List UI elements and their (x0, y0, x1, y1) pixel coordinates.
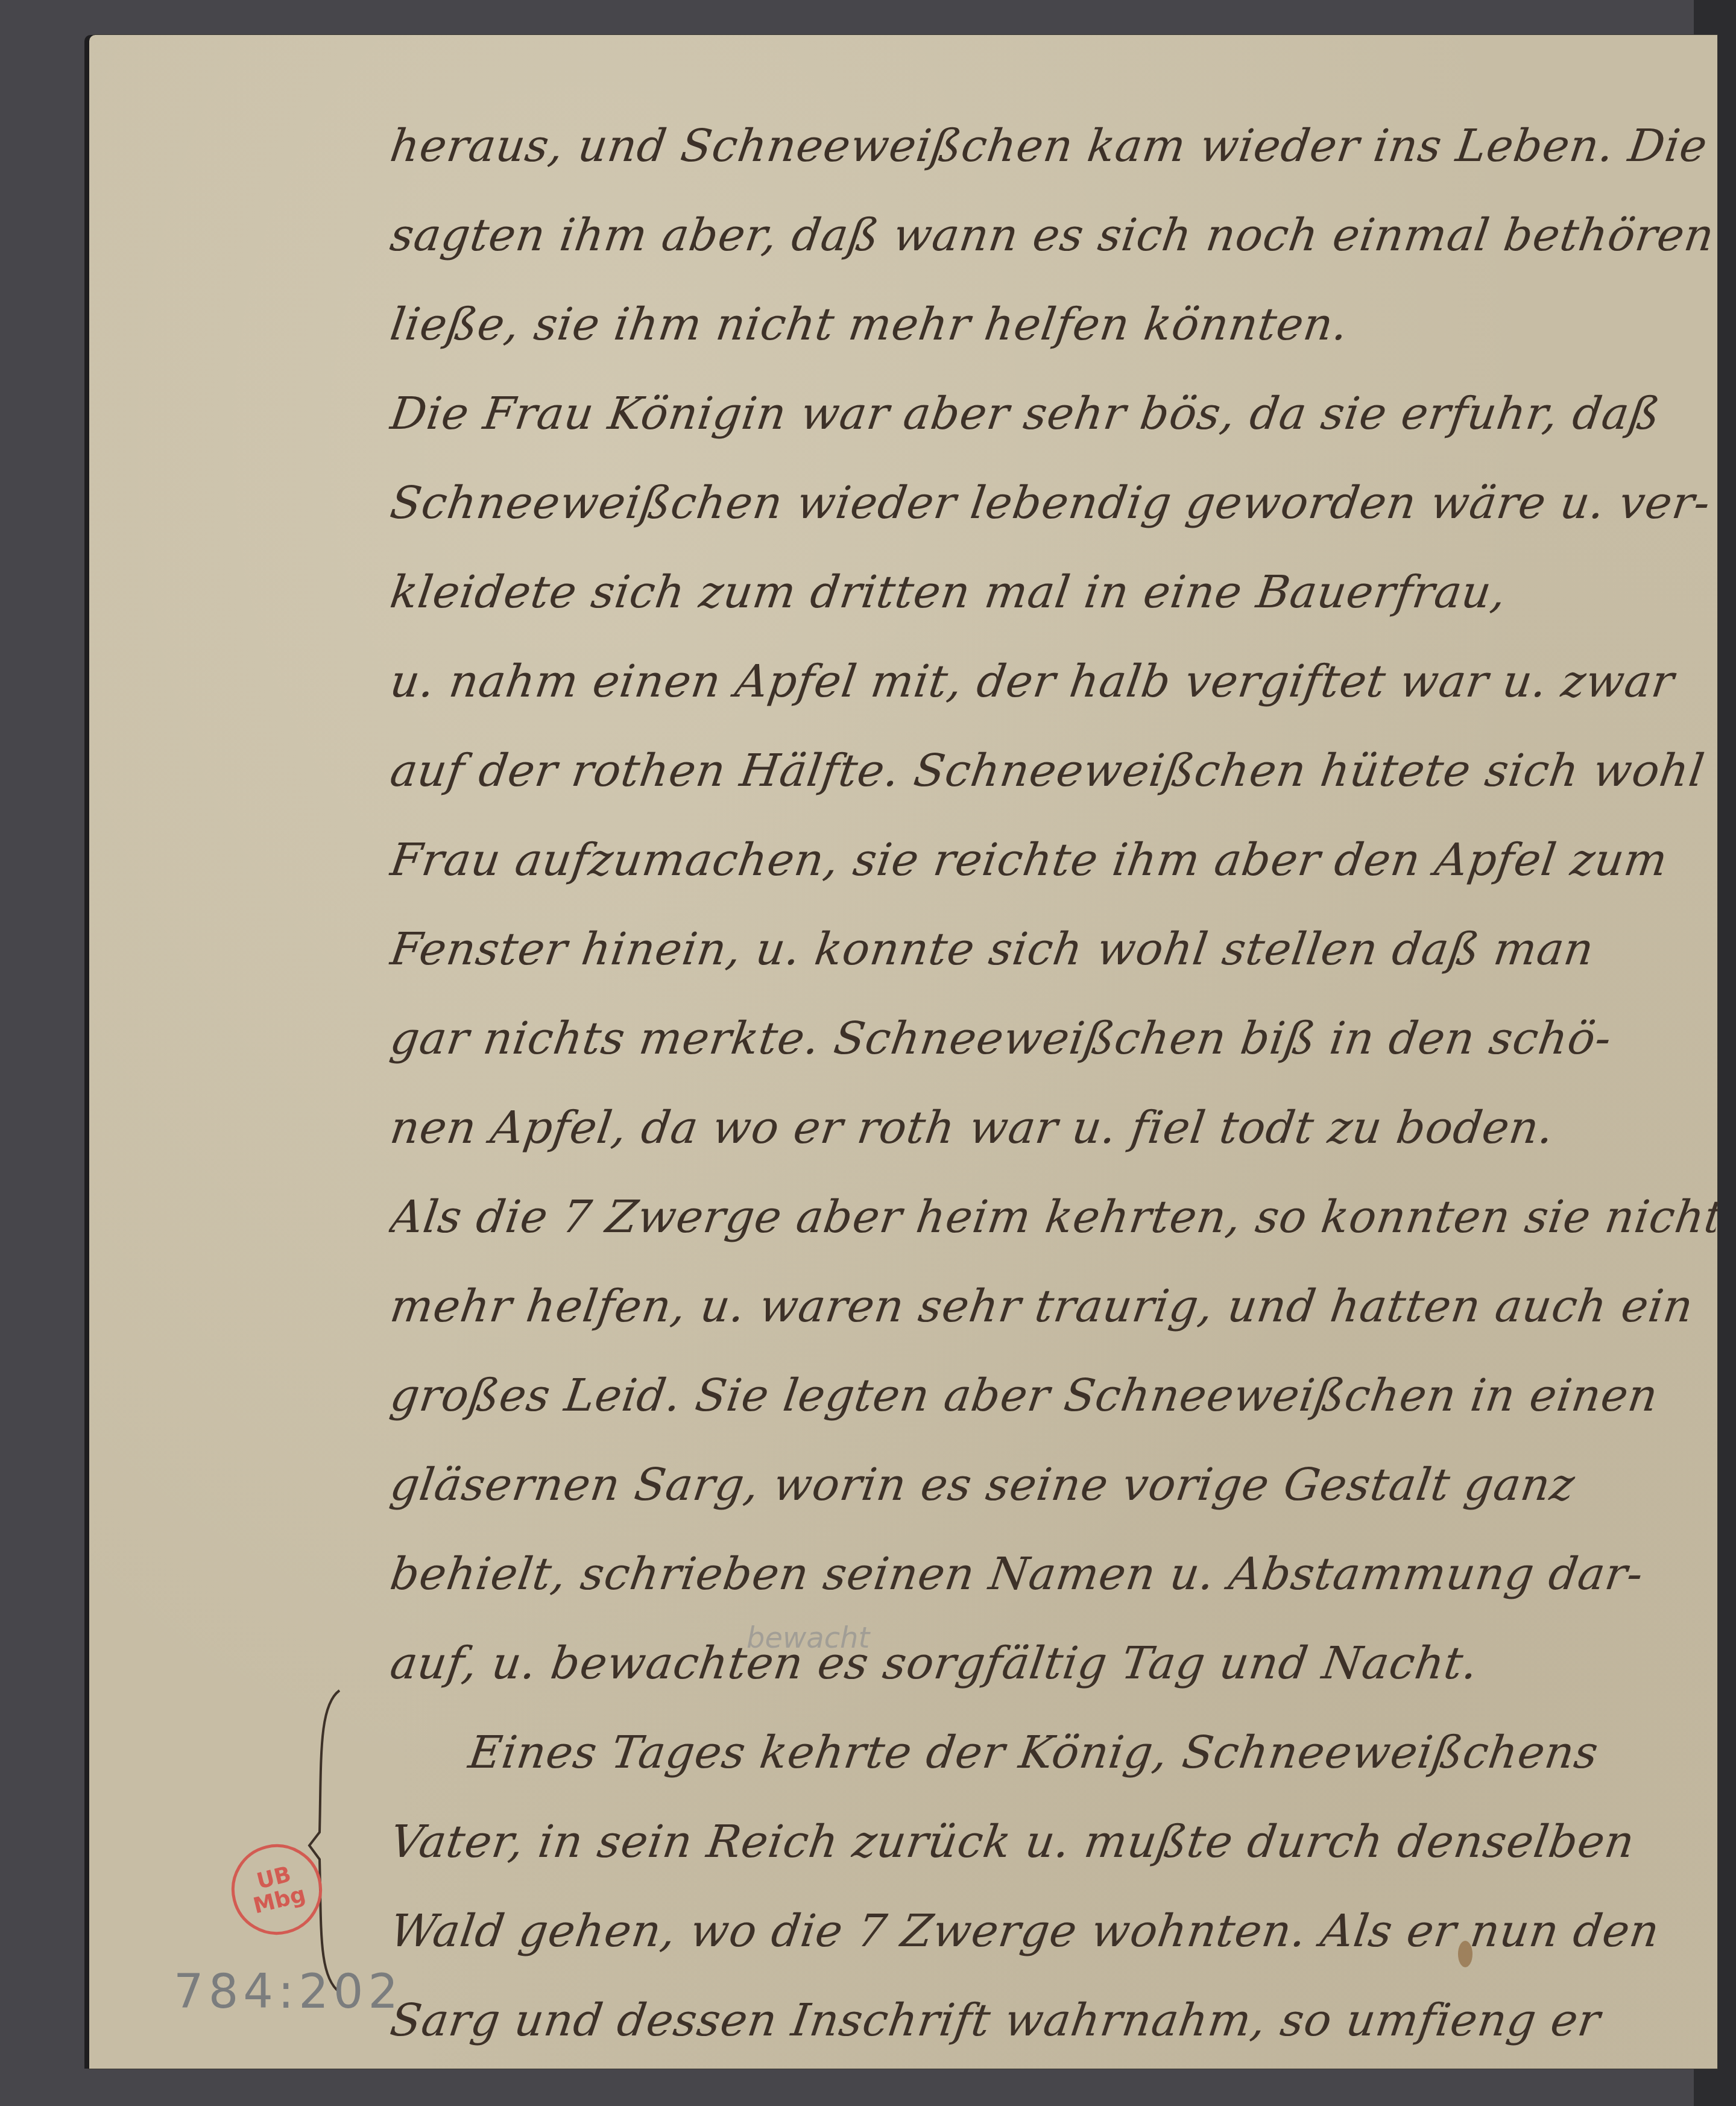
foxing-stain (1458, 1941, 1472, 1967)
curly-brace-icon (306, 1687, 342, 1995)
text-line: auf der rothen Hälfte. Schneeweißchen hü… (385, 726, 1724, 815)
manuscript-sheet: heraus, und Schneeweißchen kam wieder in… (89, 35, 1717, 2069)
shelfmark: 784:202 (174, 1965, 403, 2019)
marginal-line: Wald gehen, wo die 7 Zwerge wohnten. Als… (385, 1886, 1724, 1976)
text-line: gar nichts merkte. Schneeweißchen biß in… (385, 994, 1724, 1083)
marginal-line: Eines Tages kehrte der König, Schneeweiß… (385, 1708, 1724, 1797)
marginal-line: Vater, in sein Reich zurück u. mußte dur… (385, 1797, 1724, 1886)
text-line: behielt, schrieben seinen Namen u. Absta… (385, 1529, 1724, 1619)
text-line: Fenster hinein, u. konnte sich wohl stel… (385, 905, 1724, 994)
text-line: heraus, und Schneeweißchen kam wieder in… (385, 101, 1724, 191)
text-line: ließe, sie ihm nicht mehr helfen könnten… (385, 280, 1724, 369)
text-line: großes Leid. Sie legten aber Schneeweißc… (385, 1351, 1724, 1440)
text-line: gläsernen Sarg, worin es seine vorige Ge… (385, 1440, 1724, 1529)
text-line: Als die 7 Zwerge aber heim kehrten, so k… (385, 1172, 1724, 1262)
text-line: Frau aufzumachen, sie reichte ihm aber d… (385, 815, 1724, 905)
marginal-line: Sarg und dessen Inschrift wahrnahm, so u… (385, 1976, 1724, 2065)
main-text: heraus, und Schneeweißchen kam wieder in… (391, 101, 1717, 2065)
text-line: u. nahm einen Apfel mit, der halb vergif… (385, 637, 1724, 726)
text-line: mehr helfen, u. waren sehr traurig, und … (385, 1262, 1724, 1351)
text-line: Die Frau Königin war aber sehr bös, da s… (385, 369, 1724, 458)
pencil-annotation: bewacht (746, 1621, 870, 1655)
text-line: nen Apfel, da wo er roth war u. fiel tod… (385, 1083, 1724, 1172)
text-line: kleidete sich zum dritten mal in eine Ba… (385, 548, 1724, 637)
text-line: Schneeweißchen wieder lebendig geworden … (385, 458, 1724, 548)
text-line: sagten ihm aber, daß wann es sich noch e… (385, 191, 1724, 280)
text-line: auf, u. bewachten es sorgfältig Tag und … (385, 1619, 1724, 1708)
